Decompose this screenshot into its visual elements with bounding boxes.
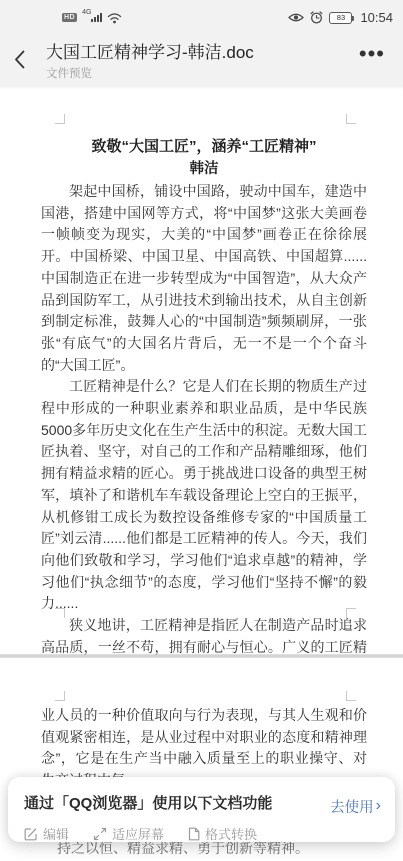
network-generation-label: 4G	[82, 9, 91, 16]
page-corner-mark	[346, 608, 356, 618]
more-menu-button[interactable]: •••	[355, 49, 389, 69]
document-filename: 大国工匠精神学习-韩洁.doc	[46, 38, 254, 63]
edit-label: 编辑	[43, 824, 69, 843]
status-bar: HD 4G	[0, 0, 403, 31]
battery-percent: 83	[337, 14, 345, 22]
edit-icon	[24, 827, 38, 841]
fit-screen-icon	[93, 827, 107, 841]
wifi-icon	[107, 12, 122, 24]
page-corner-mark	[55, 608, 65, 618]
back-button[interactable]	[14, 44, 38, 74]
go-use-label: 去使用	[330, 796, 374, 817]
edit-action[interactable]: 编辑	[24, 824, 69, 843]
chevron-left-icon	[14, 50, 25, 69]
eye-comfort-icon	[288, 12, 304, 23]
format-convert-action[interactable]: 格式转换	[188, 824, 257, 843]
sheet-title: 通过「QQ浏览器」使用以下文档功能	[24, 792, 330, 813]
fit-screen-action[interactable]: 适应屏幕	[93, 824, 164, 843]
page-corner-mark	[55, 114, 65, 124]
essay-title: 致敬“大国工匠”，涵养“工匠精神”	[41, 136, 367, 158]
page-corner-mark	[346, 691, 356, 701]
preview-label: 文件预览	[46, 65, 254, 81]
header-title-block: 大国工匠精神学习-韩洁.doc 文件预览	[46, 38, 254, 81]
file-preview-header: 大国工匠精神学习-韩洁.doc 文件预览 •••	[0, 31, 403, 87]
document-scroll-area[interactable]: 致敬“大国工匠”，涵养“工匠精神” 韩洁 架起中国桥，铺设中国路，驶动中国车，建…	[0, 87, 403, 861]
status-right-group: 83 10:54	[288, 10, 393, 25]
doc-paragraph: 架起中国桥，铺设中国路，驶动中国车，建造中国港，搭建中国网等方式，将“中国梦”这…	[41, 181, 367, 376]
format-convert-icon	[188, 827, 200, 841]
doc-paragraph: 工匠精神是什么？它是人们在长期的物质生产过程中形成的一种职业素养和职业品质，是中…	[41, 376, 367, 615]
go-use-button[interactable]: 去使用 ›	[330, 796, 381, 817]
phone-screen: HD 4G	[0, 0, 403, 861]
page-corner-mark	[346, 114, 356, 124]
battery-icon: 83	[329, 12, 352, 24]
essay-author: 韩洁	[41, 158, 367, 180]
hd-icon: HD	[62, 13, 77, 22]
alarm-clock-icon	[310, 11, 323, 24]
cellular-signal-icon: 4G	[82, 13, 102, 22]
status-left-group: HD 4G	[62, 12, 122, 24]
format-convert-label: 格式转换	[205, 824, 257, 843]
document-page-1: 致敬“大国工匠”，涵养“工匠精神” 韩洁 架起中国桥，铺设中国路，驶动中国车，建…	[0, 87, 403, 654]
fit-screen-label: 适应屏幕	[112, 824, 164, 843]
chevron-right-icon: ›	[376, 798, 381, 814]
status-time: 10:54	[360, 10, 393, 25]
qq-browser-promo-sheet: 通过「QQ浏览器」使用以下文档功能 去使用 › 编辑	[8, 777, 395, 842]
page-corner-mark	[55, 691, 65, 701]
